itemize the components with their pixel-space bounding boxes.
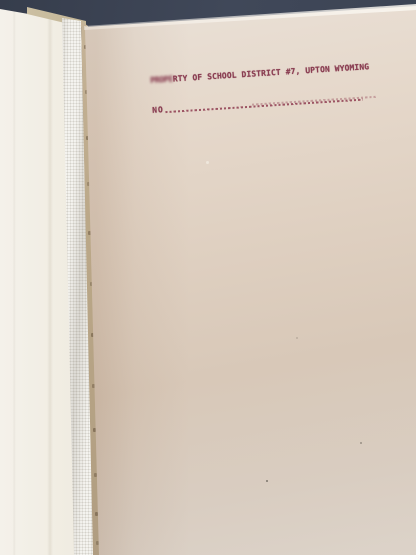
stamp-smudged-text: PROPE xyxy=(150,75,173,85)
paper-speck xyxy=(360,442,362,444)
paper-speck xyxy=(296,337,298,339)
stamp-clear-text: RTY OF SCHOOL DISTRICT #7, UPTON WYOMING xyxy=(173,62,370,83)
paper-speck xyxy=(206,161,209,164)
stitch-mark xyxy=(95,512,98,516)
stamp-text-line: PROPERTY OF SCHOOL DISTRICT #7, UPTON WY… xyxy=(150,61,382,85)
dotted-fill-line xyxy=(165,99,363,113)
stamp-number-label: NO xyxy=(152,105,164,115)
stitch-mark xyxy=(93,428,96,432)
stitch-mark xyxy=(96,541,99,545)
ownership-stamp: PROPERTY OF SCHOOL DISTRICT #7, UPTON WY… xyxy=(150,61,384,114)
paper-speck xyxy=(266,480,268,482)
stitch-mark xyxy=(94,473,97,477)
book-photo: PROPERTY OF SCHOOL DISTRICT #7, UPTON WY… xyxy=(0,0,416,555)
